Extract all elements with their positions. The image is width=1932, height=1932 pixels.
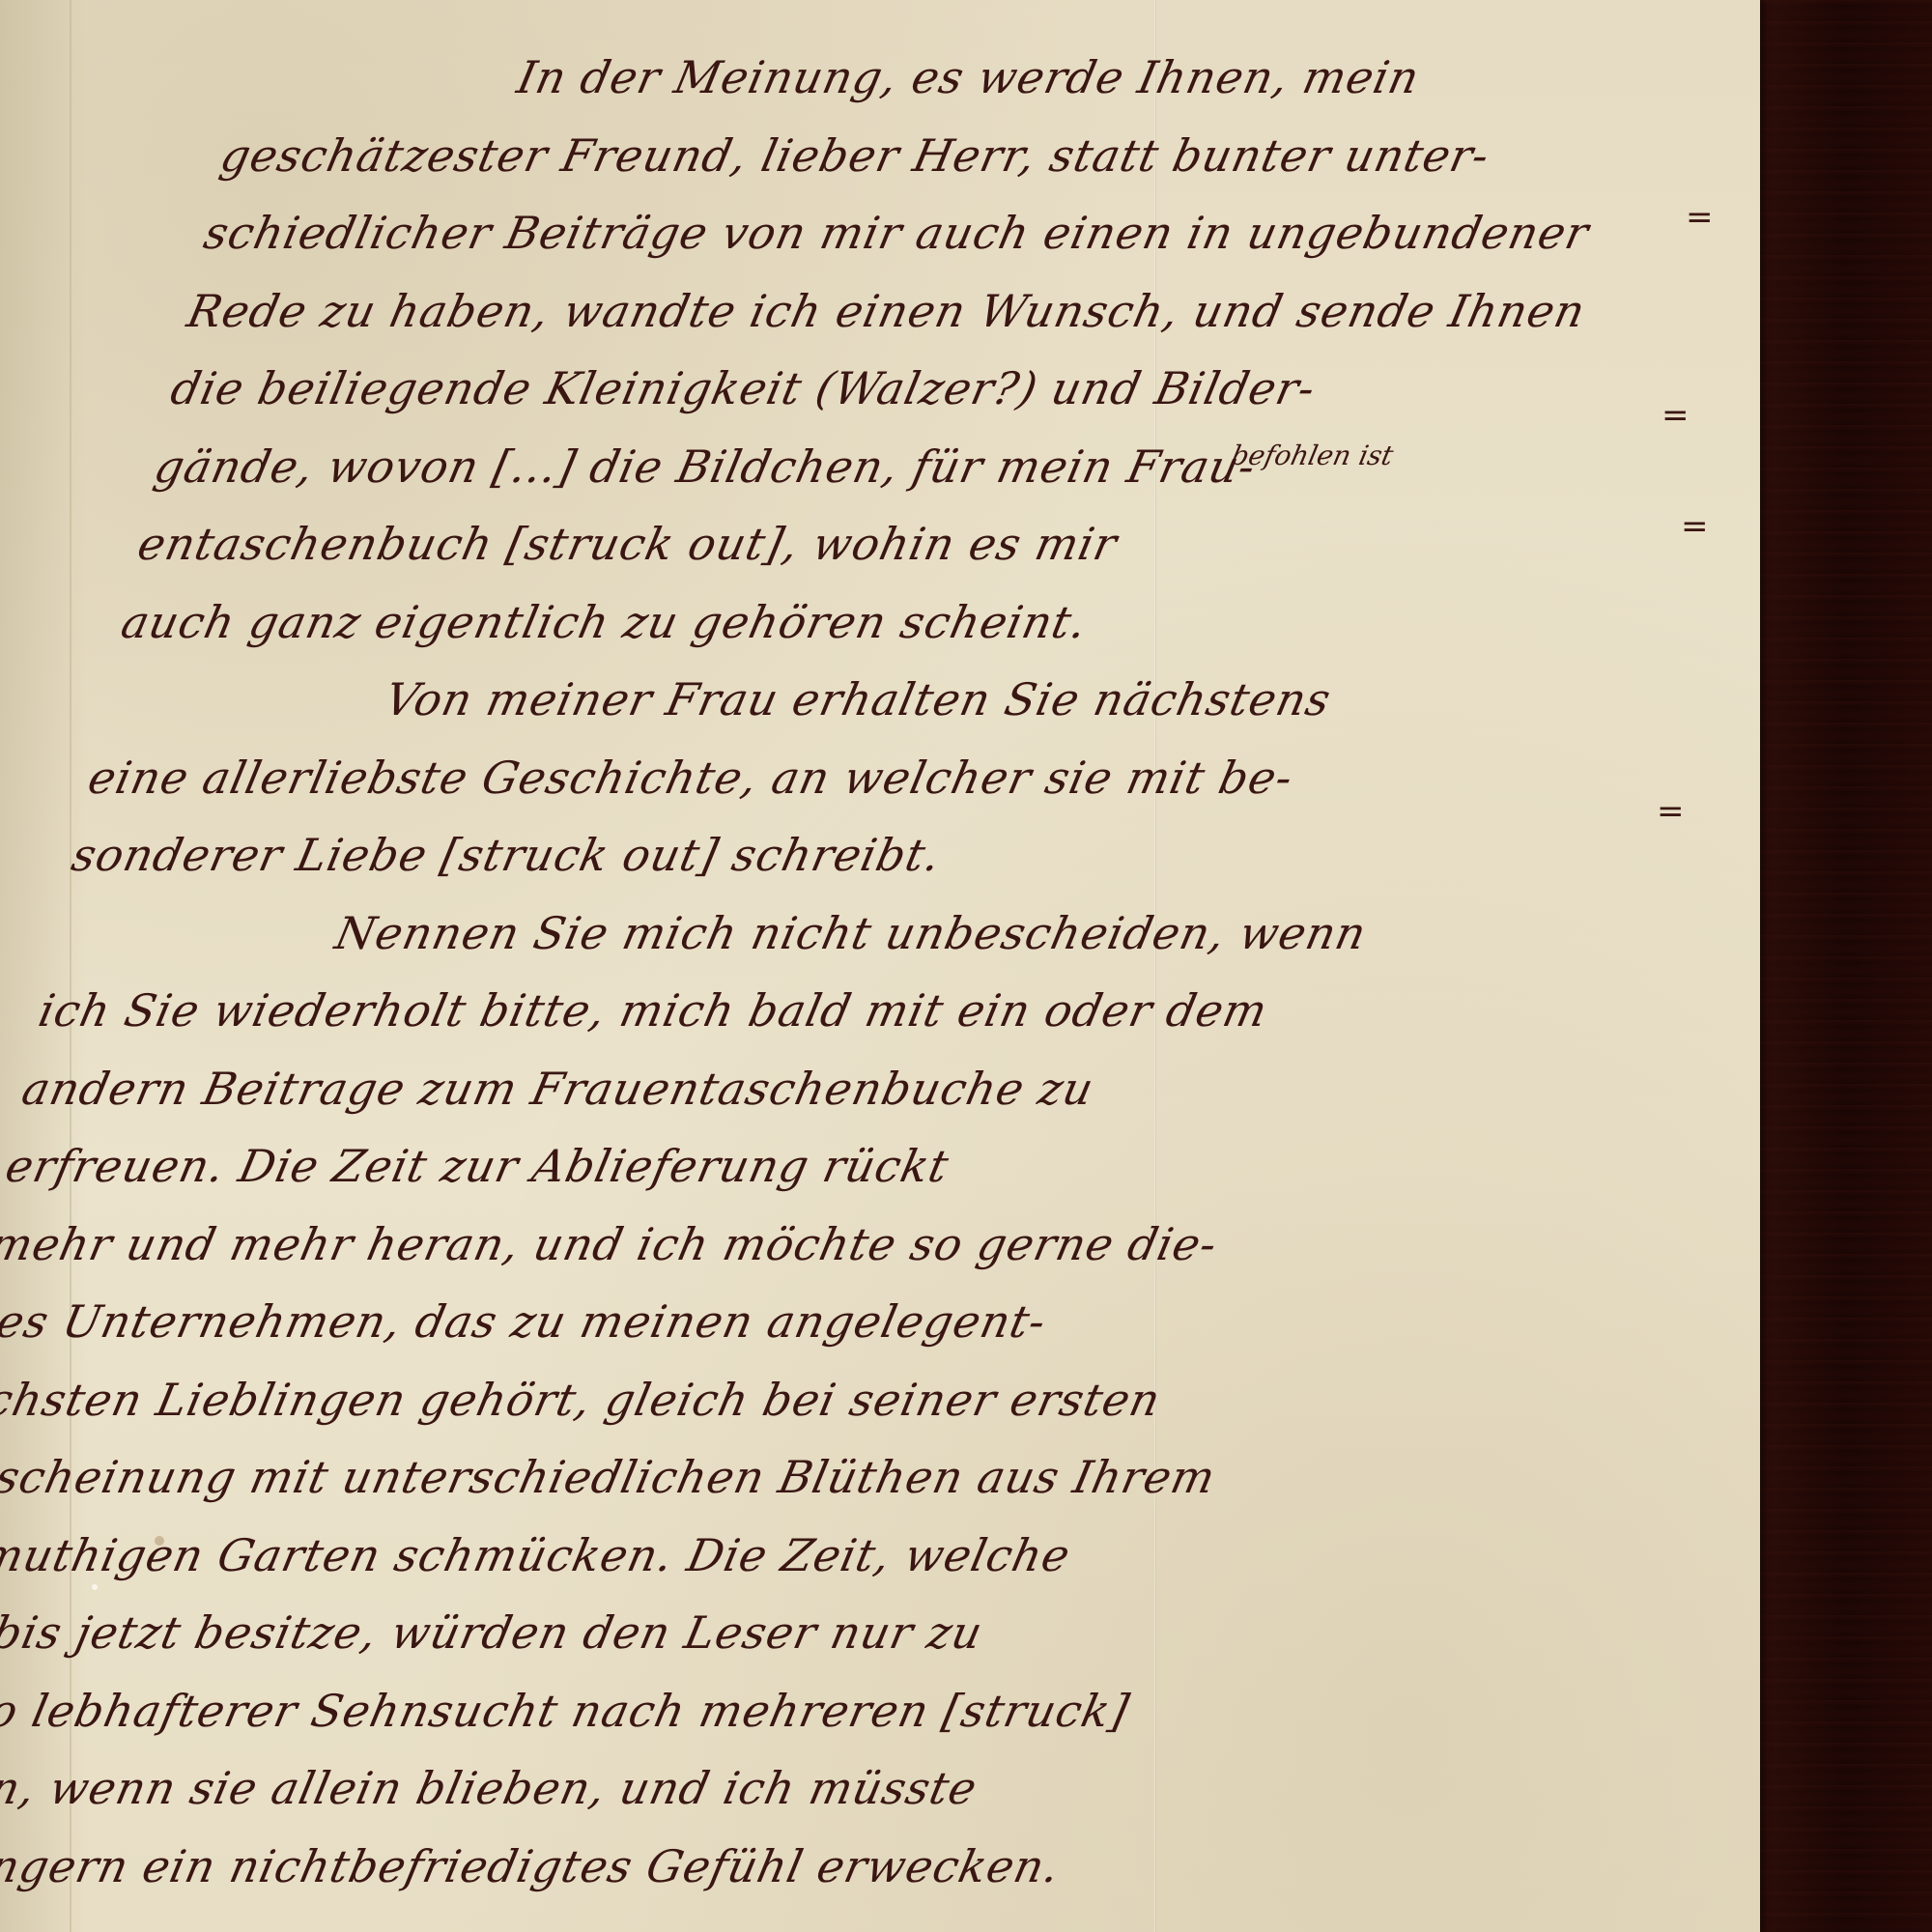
- handwritten-line-with-strikeout: sonderer Liebe [struck out] schreibt.: [65, 816, 1588, 895]
- handwritten-line: Rede zu haben, wandte ich einen Wunsch, …: [181, 272, 1704, 351]
- handwritten-line: anmuthigen Garten schmücken. Die Zeit, w…: [0, 1517, 1439, 1595]
- handwritten-line: In der Meinung, es werde Ihnen, mein: [230, 39, 1753, 117]
- photo-scene: befohlen ist = = = = In der Meinung, es …: [0, 0, 1932, 1932]
- handwritten-line: Erscheinung mit unterschiedlichen Blüthe…: [0, 1438, 1456, 1517]
- handwritten-line: ich Sie wiederholt bitte, mich bald mit …: [32, 972, 1555, 1050]
- paragraph-2: Von meiner Frau erhalten Sie nächstens e…: [65, 661, 1621, 895]
- handwritten-line: reizen, wenn sie allein blieben, und ich…: [0, 1749, 1390, 1828]
- handwritten-line: auch ganz eigentlich zu gehören scheint.: [114, 583, 1637, 662]
- handwritten-line: mehr und mehr heran, und ich möchte so g…: [0, 1206, 1505, 1284]
- letter-body: In der Meinung, es werde Ihnen, mein ges…: [0, 39, 1753, 1905]
- handwritten-line: gände, wovon [...] die Bildchen, für mei…: [147, 428, 1670, 506]
- handwritten-line: andern Beitrage zum Frauentaschenbuche z…: [14, 1050, 1538, 1128]
- letter-paper-sheet: befohlen ist = = = = In der Meinung, es …: [0, 0, 1760, 1932]
- handwritten-line: ihm ungern ein nichtbefriedigtes Gefühl …: [0, 1828, 1373, 1906]
- wooden-table-surface: [1758, 0, 1932, 1932]
- handwritten-line: schiedlicher Beiträge von mir auch einen…: [197, 194, 1720, 272]
- margin-hyphen-mark: =: [1657, 792, 1685, 831]
- paragraph-1: In der Meinung, es werde Ihnen, mein ges…: [114, 39, 1753, 661]
- paragraph-3: Nennen Sie mich nicht unbescheiden, wenn…: [0, 895, 1572, 1906]
- handwritten-line: eine allerliebste Geschichte, an welcher…: [81, 739, 1605, 817]
- handwritten-line: geschätzester Freund, lieber Herr, statt…: [213, 117, 1737, 195]
- handwritten-line-with-strikeout: entaschenbuch [struck out], wohin es mir: [130, 505, 1654, 583]
- handwritten-line: ich bis jetzt besitze, würden den Leser …: [0, 1594, 1423, 1672]
- margin-hyphen-mark: =: [1681, 507, 1709, 546]
- handwritten-line: ses Unternehmen, das zu meinen angelegen…: [0, 1283, 1489, 1361]
- handwritten-line: lichsten Lieblingen gehört, gleich bei s…: [0, 1361, 1472, 1439]
- handwritten-line: Nennen Sie mich nicht unbescheiden, wenn: [48, 895, 1572, 973]
- handwritten-line-with-strikeout: desto lebhafterer Sehnsucht nach mehrere…: [0, 1672, 1406, 1750]
- handwritten-line: Von meiner Frau erhalten Sie nächstens: [98, 661, 1621, 739]
- handwritten-line: erfreuen. Die Zeit zur Ablieferung rückt: [0, 1127, 1521, 1206]
- handwritten-line: die beiliegende Kleinigkeit (Walzer?) un…: [163, 350, 1687, 428]
